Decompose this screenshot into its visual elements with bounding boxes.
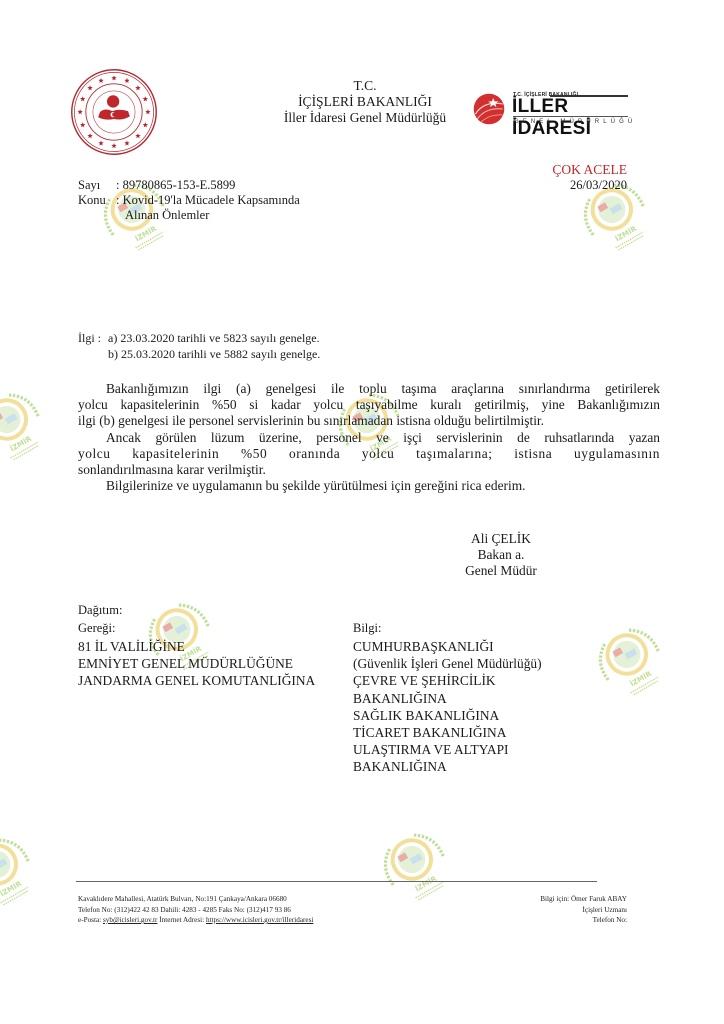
urgency-label: ÇOK ACELE <box>552 162 627 178</box>
recipient: ÇEVRE VE ŞEHİRCİLİK <box>353 672 542 689</box>
info-contact-title: İçişleri Uzmanı <box>540 905 627 916</box>
ilgi-b: b) 25.03.2020 tarihli ve 5882 sayılı gen… <box>78 346 320 362</box>
ilgi-label: İlgi : <box>78 330 108 346</box>
izmir-stamp-icon: İZMİR <box>0 385 50 465</box>
body-line: Bilgilerinize ve uygulamanın bu şekilde … <box>78 478 660 494</box>
info-recipients-list: CUMHURBAŞKANLIĞI (Güvenlik İşleri Genel … <box>353 638 542 776</box>
distribution-title: Dağıtım: <box>78 603 122 618</box>
signatory-position: Genel Müdür <box>436 563 566 579</box>
email-link[interactable]: syb@icisleri.gov.tr <box>103 916 157 924</box>
svg-text:İZMİR: İZMİR <box>413 874 438 894</box>
recipient: EMNİYET GENEL MÜDÜRLÜĞÜNE <box>78 655 315 672</box>
sayi-value: : 89780865-153-E.5899 <box>116 178 235 193</box>
footer-contact: Kavaklıdere Mahallesi, Atatürk Bulvarı, … <box>78 894 313 926</box>
konu-value-cont: Alınan Önlemler <box>78 208 300 223</box>
izmir-stamp-icon: İZMİR <box>375 825 455 905</box>
body-line: Ancak görülen lüzum üzerine, personel ve… <box>78 430 660 446</box>
svg-text:İZMİR: İZMİR <box>0 879 23 899</box>
body-line: ilgi (b) genelgesi ile personel servisle… <box>78 413 660 429</box>
letterhead-tc: T.C. <box>250 78 480 94</box>
sayi-label: Sayı <box>78 178 116 193</box>
recipient: TİCARET BAKANLIĞINA <box>353 724 542 741</box>
logo-title: İLLER İDARESİ <box>512 96 642 140</box>
document-meta: Sayı : 89780865-153-E.5899 Konu : Kovid-… <box>78 178 300 223</box>
footer-divider <box>76 881 597 882</box>
izmir-stamp-icon: İZMİR <box>590 620 670 700</box>
info-recipients-label: Bilgi: <box>353 621 381 636</box>
web-label: İnternet Adresi: <box>159 916 204 924</box>
info-contact-name: Bilgi için: Ömer Faruk ABAY <box>540 894 627 905</box>
body-line: yolcu kapasitelerinin %50 oranında yolcu… <box>78 446 660 462</box>
footer-info-contact: Bilgi için: Ömer Faruk ABAY İçişleri Uzm… <box>540 894 627 926</box>
svg-text:İZMİR: İZMİR <box>613 224 638 244</box>
footer-address: Kavaklıdere Mahallesi, Atatürk Bulvarı, … <box>78 894 313 905</box>
recipient: BAKANLIĞINA <box>353 758 542 775</box>
email-label: e-Posta: <box>78 916 101 924</box>
footer-phone: Telefon No: (312)422 42 83 Dahili: 4283 … <box>78 905 313 916</box>
body-line: Bakanlığımızın ilgi (a) genelgesi ile to… <box>78 381 660 397</box>
letterhead: T.C. İÇİŞLERİ BAKANLIĞI İller İdaresi Ge… <box>250 78 480 126</box>
konu-value: : Kovid-19'la Mücadele Kapsamında <box>116 193 300 208</box>
signatory-title: Bakan a. <box>436 547 566 563</box>
letter-body: Bakanlığımızın ilgi (a) genelgesi ile to… <box>78 381 660 494</box>
ministry-seal-icon <box>70 68 158 156</box>
reference-section: İlgi : a) 23.03.2020 tarihli ve 5823 say… <box>78 330 320 362</box>
recipient: (Güvenlik İşleri Genel Müdürlüğü) <box>353 655 542 672</box>
recipient: 81 İL VALİLİĞİNE <box>78 638 315 655</box>
document-date: 26/03/2020 <box>570 178 627 193</box>
logo-subtitle: GENEL MÜDÜRLÜĞÜ <box>514 119 636 125</box>
recipient: BAKANLIĞINA <box>353 690 542 707</box>
svg-text:İZMİR: İZMİR <box>8 434 33 454</box>
letterhead-directorate: İller İdaresi Genel Müdürlüğü <box>250 110 480 126</box>
signatory-name: Ali ÇELİK <box>436 531 566 547</box>
body-line: yolcu kapasitelerinin %50 si kadar yolcu… <box>78 397 660 413</box>
recipient: SAĞLIK BAKANLIĞINA <box>353 707 542 724</box>
body-line: sonlandırılmasına karar verilmiştir. <box>78 462 660 478</box>
izmir-stamp-icon: İZMİR <box>0 830 40 910</box>
recipient: JANDARMA GENEL KOMUTANLIĞINA <box>78 672 315 689</box>
konu-label: Konu <box>78 193 116 208</box>
ilgi-a: a) 23.03.2020 tarihli ve 5823 sayılı gen… <box>108 330 320 346</box>
action-recipients-label: Gereği: <box>78 621 115 636</box>
svg-text:İZMİR: İZMİR <box>628 669 653 689</box>
recipient: ULAŞTIRMA VE ALTYAPI <box>353 741 542 758</box>
signature-block: Ali ÇELİK Bakan a. Genel Müdür <box>436 531 566 579</box>
iller-idaresi-logo-icon <box>472 92 506 126</box>
info-contact-phone: Telefon No: <box>540 915 627 926</box>
svg-text:İZMİR: İZMİR <box>133 224 158 244</box>
action-recipients-list: 81 İL VALİLİĞİNE EMNİYET GENEL MÜDÜRLÜĞÜ… <box>78 638 315 689</box>
iller-idaresi-logo: T.C. İÇİŞLERİ BAKANLIĞI İLLER İDARESİ GE… <box>472 90 642 130</box>
letterhead-ministry: İÇİŞLERİ BAKANLIĞI <box>250 94 480 110</box>
website-link[interactable]: https://www.icisleri.gov.tr/illeridaresi <box>206 916 313 924</box>
recipient: CUMHURBAŞKANLIĞI <box>353 638 542 655</box>
